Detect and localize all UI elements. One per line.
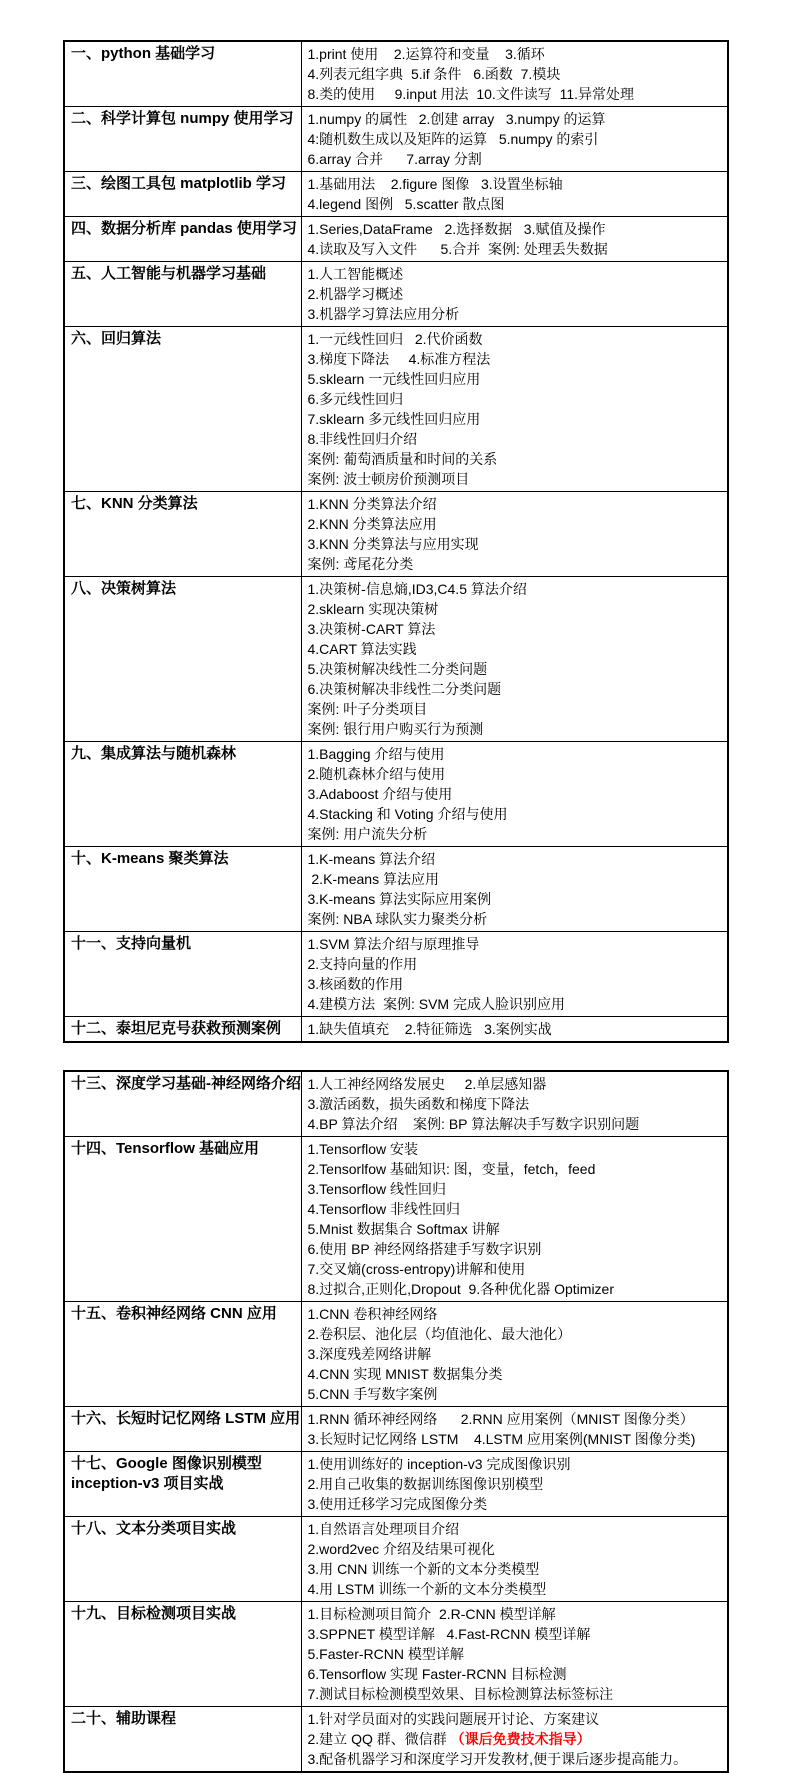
content-line: 1.SVM 算法介绍与原理推导 <box>308 934 723 954</box>
table-row: 八、决策树算法1.决策树-信息熵,ID3,C4.5 算法介绍2.sklearn … <box>64 577 728 742</box>
course-title-cell: 二、科学计算包 numpy 使用学习 <box>64 107 301 172</box>
content-line: 1.自然语言处理项目介绍 <box>308 1519 723 1539</box>
course-title-cell: 十三、深度学习基础-神经网络介绍 <box>64 1071 301 1137</box>
content-line: 2.随机森林介绍与使用 <box>308 764 723 784</box>
table-row: 十、K-means 聚类算法1.K-means 算法介绍 2.K-means 算… <box>64 847 728 932</box>
course-title-line: 七、KNN 分类算法 <box>71 494 296 514</box>
course-title-line: 二十、辅助课程 <box>71 1709 296 1729</box>
course-title-cell: 十二、泰坦尼克号获救预测案例 <box>64 1017 301 1043</box>
course-content-cell: 1.使用训练好的 inception-v3 完成图像识别2.用自己收集的数据训练… <box>301 1452 728 1517</box>
content-line: 4.读取及写入文件 5.合并 案例: 处理丢失数据 <box>308 239 723 259</box>
course-content-cell: 1.RNN 循环神经网络 2.RNN 应用案例（MNIST 图像分类）3.长短时… <box>301 1407 728 1452</box>
content-line: 3.SPPNET 模型详解 4.Fast-RCNN 模型详解 <box>308 1624 723 1644</box>
content-line: 1.RNN 循环神经网络 2.RNN 应用案例（MNIST 图像分类） <box>308 1409 723 1429</box>
course-content-cell: 1.print 使用 2.运算符和变量 3.循环4.列表元组字典 5.if 条件… <box>301 41 728 107</box>
course-outline-table-2: 十三、深度学习基础-神经网络介绍1.人工神经网络发展史 2.单层感知器3.激活函… <box>63 1070 729 1773</box>
course-title-cell: 四、数据分析库 pandas 使用学习 <box>64 217 301 262</box>
content-line: 2.word2vec 介绍及结果可视化 <box>308 1539 723 1559</box>
course-title-cell: 三、绘图工具包 matplotlib 学习 <box>64 172 301 217</box>
content-line: 2.用自己收集的数据训练图像识别模型 <box>308 1474 723 1494</box>
course-title-cell: 二十、辅助课程 <box>64 1707 301 1773</box>
table-row: 十八、文本分类项目实战1.自然语言处理项目介绍2.word2vec 介绍及结果可… <box>64 1517 728 1602</box>
content-line: 3.配备机器学习和深度学习开发教材,便于课后逐步提高能力。 <box>308 1749 723 1769</box>
table-row: 四、数据分析库 pandas 使用学习1.Series,DataFrame 2.… <box>64 217 728 262</box>
content-line: 1.一元线性回归 2.代价函数 <box>308 329 723 349</box>
content-line: 3.K-means 算法实际应用案例 <box>308 889 723 909</box>
course-content-cell: 1.Tensorflow 安装2.Tensorlfow 基础知识: 图，变量，f… <box>301 1137 728 1302</box>
content-line: 3.机器学习算法应用分析 <box>308 304 723 324</box>
content-line: 7.sklearn 多元线性回归应用 <box>308 409 723 429</box>
course-title-line: 二、科学计算包 numpy 使用学习 <box>71 109 296 129</box>
content-line: 3.梯度下降法 4.标准方程法 <box>308 349 723 369</box>
content-line: 4.用 LSTM 训练一个新的文本分类模型 <box>308 1579 723 1599</box>
table-row: 十七、Google 图像识别模型inception-v3 项目实战1.使用训练好… <box>64 1452 728 1517</box>
content-line: 1.决策树-信息熵,ID3,C4.5 算法介绍 <box>308 579 723 599</box>
course-title-cell: 五、人工智能与机器学习基础 <box>64 262 301 327</box>
table-row: 七、KNN 分类算法1.KNN 分类算法介绍2.KNN 分类算法应用3.KNN … <box>64 492 728 577</box>
content-line: 3.Adaboost 介绍与使用 <box>308 784 723 804</box>
course-content-cell: 1.目标检测项目简介 2.R-CNN 模型详解3.SPPNET 模型详解 4.F… <box>301 1602 728 1707</box>
table-row: 九、集成算法与随机森林1.Bagging 介绍与使用2.随机森林介绍与使用3.A… <box>64 742 728 847</box>
course-title-cell: 十一、支持向量机 <box>64 932 301 1017</box>
content-line: 3.决策树-CART 算法 <box>308 619 723 639</box>
course-title-line: 十四、Tensorflow 基础应用 <box>71 1139 296 1159</box>
course-title-cell: 十八、文本分类项目实战 <box>64 1517 301 1602</box>
content-line: 6.array 合并 7.array 分割 <box>308 149 723 169</box>
content-line: 3.KNN 分类算法与应用实现 <box>308 534 723 554</box>
course-title-line: 一、python 基础学习 <box>71 44 296 64</box>
content-line: 1.numpy 的属性 2.创建 array 3.numpy 的运算 <box>308 109 723 129</box>
table-row: 十五、卷积神经网络 CNN 应用1.CNN 卷积神经网络2.卷积层、池化层（均值… <box>64 1302 728 1407</box>
content-line: 5.sklearn 一元线性回归应用 <box>308 369 723 389</box>
content-line: 3.使用迁移学习完成图像分类 <box>308 1494 723 1514</box>
content-line: 2.KNN 分类算法应用 <box>308 514 723 534</box>
course-title-cell: 七、KNN 分类算法 <box>64 492 301 577</box>
highlight-text: （课后免费技术指导） <box>451 1731 591 1747</box>
content-line: 1.Tensorflow 安装 <box>308 1139 723 1159</box>
course-outline-table-2-body: 十三、深度学习基础-神经网络介绍1.人工神经网络发展史 2.单层感知器3.激活函… <box>64 1071 728 1772</box>
content-line: 1.K-means 算法介绍 <box>308 849 723 869</box>
content-line: 6.多元线性回归 <box>308 389 723 409</box>
content-line: 4.建模方法 案例: SVM 完成人脸识别应用 <box>308 994 723 1014</box>
course-title-line: inception-v3 项目实战 <box>71 1474 296 1494</box>
content-line: 4.BP 算法介绍 案例: BP 算法解决手写数字识别问题 <box>308 1114 723 1134</box>
course-title-line: 十三、深度学习基础-神经网络介绍 <box>71 1074 296 1094</box>
content-line: 5.决策树解决线性二分类问题 <box>308 659 723 679</box>
course-content-cell: 1.K-means 算法介绍 2.K-means 算法应用3.K-means 算… <box>301 847 728 932</box>
course-title-line: 十、K-means 聚类算法 <box>71 849 296 869</box>
course-outline-page: 一、python 基础学习1.print 使用 2.运算符和变量 3.循环4.列… <box>0 0 793 1773</box>
course-outline-table-1: 一、python 基础学习1.print 使用 2.运算符和变量 3.循环4.列… <box>63 40 729 1043</box>
content-line: 案例: 银行用户购买行为预测 <box>308 719 723 739</box>
content-line: 5.Faster-RCNN 模型详解 <box>308 1644 723 1664</box>
course-title-line: 十九、目标检测项目实战 <box>71 1604 296 1624</box>
course-title-line: 十五、卷积神经网络 CNN 应用 <box>71 1304 296 1324</box>
content-line: 3.核函数的作用 <box>308 974 723 994</box>
content-line: 3.长短时记忆网络 LSTM 4.LSTM 应用案例(MNIST 图像分类) <box>308 1429 723 1449</box>
course-title-line: 六、回归算法 <box>71 329 296 349</box>
course-title-line: 十一、支持向量机 <box>71 934 296 954</box>
course-title-cell: 十、K-means 聚类算法 <box>64 847 301 932</box>
content-line: 4.CNN 实现 MNIST 数据集分类 <box>308 1364 723 1384</box>
table-row: 十九、目标检测项目实战1.目标检测项目简介 2.R-CNN 模型详解3.SPPN… <box>64 1602 728 1707</box>
content-line: 1.目标检测项目简介 2.R-CNN 模型详解 <box>308 1604 723 1624</box>
course-content-cell: 1.一元线性回归 2.代价函数3.梯度下降法 4.标准方程法5.sklearn … <box>301 327 728 492</box>
content-line: 2.建立 QQ 群、微信群 （课后免费技术指导） <box>308 1729 723 1749</box>
content-line: 案例: 叶子分类项目 <box>308 699 723 719</box>
content-line: 1.print 使用 2.运算符和变量 3.循环 <box>308 44 723 64</box>
content-line: 案例: NBA 球队实力聚类分析 <box>308 909 723 929</box>
content-line: 7.测试目标检测模型效果、目标检测算法标签标注 <box>308 1684 723 1704</box>
content-line: 2.卷积层、池化层（均值池化、最大池化） <box>308 1324 723 1344</box>
content-line: 4.legend 图例 5.scatter 散点图 <box>308 194 723 214</box>
course-title-cell: 十七、Google 图像识别模型inception-v3 项目实战 <box>64 1452 301 1517</box>
course-content-cell: 1.针对学员面对的实践问题展开讨论、方案建议2.建立 QQ 群、微信群 （课后免… <box>301 1707 728 1773</box>
content-line: 1.缺失值填充 2.特征筛选 3.案例实战 <box>308 1019 723 1039</box>
content-line: 8.非线性回归介绍 <box>308 429 723 449</box>
content-line: 2.sklearn 实现决策树 <box>308 599 723 619</box>
course-content-cell: 1.Bagging 介绍与使用2.随机森林介绍与使用3.Adaboost 介绍与… <box>301 742 728 847</box>
content-line: 2.支持向量的作用 <box>308 954 723 974</box>
course-outline-table-1-body: 一、python 基础学习1.print 使用 2.运算符和变量 3.循环4.列… <box>64 41 728 1042</box>
content-line: 案例: 波士顿房价预测项目 <box>308 469 723 489</box>
course-title-line: 十二、泰坦尼克号获救预测案例 <box>71 1019 296 1039</box>
course-title-cell: 十六、长短时记忆网络 LSTM 应用 <box>64 1407 301 1452</box>
content-line: 1.人工智能概述 <box>308 264 723 284</box>
content-line: 案例: 鸢尾花分类 <box>308 554 723 574</box>
course-title-line: 四、数据分析库 pandas 使用学习 <box>71 219 296 239</box>
content-line: 8.过拟合,正则化,Dropout 9.各种优化器 Optimizer <box>308 1279 723 1299</box>
table-row: 十三、深度学习基础-神经网络介绍1.人工神经网络发展史 2.单层感知器3.激活函… <box>64 1071 728 1137</box>
table-row: 三、绘图工具包 matplotlib 学习1.基础用法 2.figure 图像 … <box>64 172 728 217</box>
course-title-cell: 十四、Tensorflow 基础应用 <box>64 1137 301 1302</box>
content-line: 3.深度残差网络讲解 <box>308 1344 723 1364</box>
course-title-cell: 十九、目标检测项目实战 <box>64 1602 301 1707</box>
content-line: 3.用 CNN 训练一个新的文本分类模型 <box>308 1559 723 1579</box>
course-title-line: 五、人工智能与机器学习基础 <box>71 264 296 284</box>
course-title-line: 十八、文本分类项目实战 <box>71 1519 296 1539</box>
table-row: 六、回归算法1.一元线性回归 2.代价函数3.梯度下降法 4.标准方程法5.sk… <box>64 327 728 492</box>
content-line: 1.人工神经网络发展史 2.单层感知器 <box>308 1074 723 1094</box>
content-line: 4.Tensorflow 非线性回归 <box>308 1199 723 1219</box>
course-content-cell: 1.SVM 算法介绍与原理推导2.支持向量的作用3.核函数的作用4.建模方法 案… <box>301 932 728 1017</box>
course-content-cell: 1.缺失值填充 2.特征筛选 3.案例实战 <box>301 1017 728 1043</box>
course-title-line: 八、决策树算法 <box>71 579 296 599</box>
course-content-cell: 1.自然语言处理项目介绍2.word2vec 介绍及结果可视化3.用 CNN 训… <box>301 1517 728 1602</box>
content-line: 4.Stacking 和 Voting 介绍与使用 <box>308 804 723 824</box>
content-line: 2.机器学习概述 <box>308 284 723 304</box>
content-line: 2.K-means 算法应用 <box>308 869 723 889</box>
table-row: 十四、Tensorflow 基础应用1.Tensorflow 安装2.Tenso… <box>64 1137 728 1302</box>
content-line: 6.使用 BP 神经网络搭建手写数字识别 <box>308 1239 723 1259</box>
course-content-cell: 1.Series,DataFrame 2.选择数据 3.赋值及操作4.读取及写入… <box>301 217 728 262</box>
content-line: 6.决策树解决非线性二分类问题 <box>308 679 723 699</box>
course-title-cell: 十五、卷积神经网络 CNN 应用 <box>64 1302 301 1407</box>
content-line: 4.CART 算法实践 <box>308 639 723 659</box>
course-content-cell: 1.KNN 分类算法介绍2.KNN 分类算法应用3.KNN 分类算法与应用实现案… <box>301 492 728 577</box>
content-line: 1.CNN 卷积神经网络 <box>308 1304 723 1324</box>
content-line: 1.Series,DataFrame 2.选择数据 3.赋值及操作 <box>308 219 723 239</box>
table-row: 二十、辅助课程1.针对学员面对的实践问题展开讨论、方案建议2.建立 QQ 群、微… <box>64 1707 728 1773</box>
content-line: 6.Tensorflow 实现 Faster-RCNN 目标检测 <box>308 1664 723 1684</box>
table-row: 五、人工智能与机器学习基础1.人工智能概述2.机器学习概述3.机器学习算法应用分… <box>64 262 728 327</box>
course-title-line: 三、绘图工具包 matplotlib 学习 <box>71 174 296 194</box>
content-line: 1.针对学员面对的实践问题展开讨论、方案建议 <box>308 1709 723 1729</box>
course-title-cell: 九、集成算法与随机森林 <box>64 742 301 847</box>
table-row: 十一、支持向量机1.SVM 算法介绍与原理推导2.支持向量的作用3.核函数的作用… <box>64 932 728 1017</box>
content-line: 1.Bagging 介绍与使用 <box>308 744 723 764</box>
content-line: 案例: 用户流失分析 <box>308 824 723 844</box>
course-content-cell: 1.基础用法 2.figure 图像 3.设置坐标轴4.legend 图例 5.… <box>301 172 728 217</box>
content-text: 2.建立 QQ 群、微信群 <box>308 1731 451 1747</box>
content-line: 8.类的使用 9.input 用法 10.文件读写 11.异常处理 <box>308 84 723 104</box>
table-row: 十六、长短时记忆网络 LSTM 应用1.RNN 循环神经网络 2.RNN 应用案… <box>64 1407 728 1452</box>
course-content-cell: 1.numpy 的属性 2.创建 array 3.numpy 的运算4:随机数生… <box>301 107 728 172</box>
course-content-cell: 1.人工神经网络发展史 2.单层感知器3.激活函数，损失函数和梯度下降法4.BP… <box>301 1071 728 1137</box>
course-title-cell: 八、决策树算法 <box>64 577 301 742</box>
content-line: 2.Tensorlfow 基础知识: 图，变量，fetch，feed <box>308 1159 723 1179</box>
course-content-cell: 1.人工智能概述2.机器学习概述3.机器学习算法应用分析 <box>301 262 728 327</box>
content-line: 3.激活函数，损失函数和梯度下降法 <box>308 1094 723 1114</box>
table-row: 十二、泰坦尼克号获救预测案例1.缺失值填充 2.特征筛选 3.案例实战 <box>64 1017 728 1043</box>
content-line: 5.Mnist 数据集合 Softmax 讲解 <box>308 1219 723 1239</box>
content-line: 4.列表元组字典 5.if 条件 6.函数 7.模块 <box>308 64 723 84</box>
course-content-cell: 1.决策树-信息熵,ID3,C4.5 算法介绍2.sklearn 实现决策树3.… <box>301 577 728 742</box>
table-row: 二、科学计算包 numpy 使用学习1.numpy 的属性 2.创建 array… <box>64 107 728 172</box>
table-row: 一、python 基础学习1.print 使用 2.运算符和变量 3.循环4.列… <box>64 41 728 107</box>
content-line: 7.交叉熵(cross-entropy)讲解和使用 <box>308 1259 723 1279</box>
content-line: 1.使用训练好的 inception-v3 完成图像识别 <box>308 1454 723 1474</box>
course-title-cell: 一、python 基础学习 <box>64 41 301 107</box>
content-line: 3.Tensorflow 线性回归 <box>308 1179 723 1199</box>
content-line: 4:随机数生成以及矩阵的运算 5.numpy 的索引 <box>308 129 723 149</box>
course-title-cell: 六、回归算法 <box>64 327 301 492</box>
course-title-line: 十七、Google 图像识别模型 <box>71 1454 296 1474</box>
content-line: 1.基础用法 2.figure 图像 3.设置坐标轴 <box>308 174 723 194</box>
course-title-line: 十六、长短时记忆网络 LSTM 应用 <box>71 1409 296 1429</box>
course-title-line: 九、集成算法与随机森林 <box>71 744 296 764</box>
content-line: 5.CNN 手写数字案例 <box>308 1384 723 1404</box>
content-line: 案例: 葡萄酒质量和时间的关系 <box>308 449 723 469</box>
content-line: 1.KNN 分类算法介绍 <box>308 494 723 514</box>
tables-wrap: 一、python 基础学习1.print 使用 2.运算符和变量 3.循环4.列… <box>0 0 793 1773</box>
course-content-cell: 1.CNN 卷积神经网络2.卷积层、池化层（均值池化、最大池化）3.深度残差网络… <box>301 1302 728 1407</box>
